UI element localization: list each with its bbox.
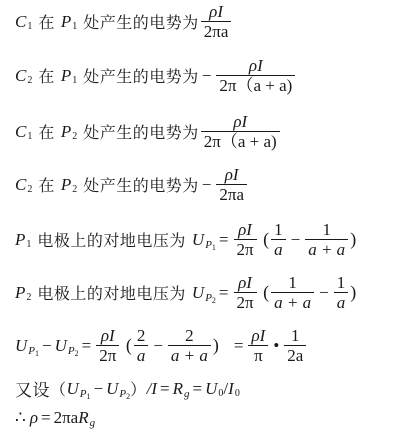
formula-assumption: 又设 （ UP1 − UP2 ） /I = Rg = U0 / I0 [15,376,240,401]
formula-line-c1-p1: C1 在 P1 处产生的电势为 ρI 2πa [15,2,233,41]
fraction: ρI 2π（a + a) [216,56,295,95]
formula-line-c2-p2: C2 在 P2 处产生的电势为 − ρI 2πa [15,165,249,204]
label-ground-voltage: 电极上的对地电压为 [37,281,186,304]
label-potential: 处产生的电势为 [83,64,199,87]
fraction-2: 1a + a [305,220,348,259]
electrode-symbol: P [15,230,25,250]
voltage-subscript: P1 [205,239,216,251]
formula-line-c2-p1: C2 在 P1 处产生的电势为 − ρI 2π（a + a) [15,56,297,95]
point-subscript: 2 [72,184,77,195]
numerator: ρI [230,112,250,131]
point-symbol: P [61,175,71,195]
fraction-2: 1a [334,273,349,312]
point-subscript: 1 [72,21,77,32]
voltage-subscript: P2 [205,292,216,304]
electrode-subscript: 1 [26,239,31,250]
label-ground-voltage: 电极上的对地电压为 [37,228,186,251]
denominator: 2πa [216,185,247,204]
label-at: 在 [38,173,55,196]
therefore-symbol: ∴ [15,408,26,428]
formula-voltage-difference: UP1 − UP2 = ρI2π ( 2a − 2a + a ) = ρIπ •… [15,326,308,365]
fraction: ρI 2π（a + a) [201,112,280,151]
formula-voltage-p1: P1 电极上的对地电压为 UP1 = ρI2π ( 1a − 1a + a ) [15,220,356,259]
subject-symbol: C [15,12,26,32]
point-subscript: 1 [72,75,77,86]
point-subscript: 2 [72,131,77,142]
coefficient-fraction: ρI2π [234,220,257,259]
fraction: ρI 2πa [201,2,232,41]
point-symbol: P [61,66,71,86]
label-potential: 处产生的电势为 [83,120,199,143]
electrode-subscript: 2 [26,292,31,303]
result-fraction-2: 12a [284,326,306,365]
subject-symbol: C [15,66,26,86]
subject-subscript: 1 [27,21,32,32]
numerator: ρI [246,56,266,75]
minus-sign: − [202,66,212,86]
formula-line-c1-p2: C1 在 P2 处产生的电势为 ρI 2π（a + a) [15,112,282,151]
subject-subscript: 2 [27,184,32,195]
formula-conclusion: ∴ ρ = 2πaRg [15,408,95,428]
formula-voltage-p2: P2 电极上的对地电压为 UP2 = ρI2π ( 1a + a − 1a ) [15,273,356,312]
point-symbol: P [61,12,71,32]
fraction-1: 2a [134,326,149,365]
numerator: ρI [206,2,226,21]
minus-sign: − [202,175,212,195]
coefficient-fraction: ρI2π [96,326,119,365]
label-potential: 处产生的电势为 [83,10,199,33]
label-potential: 处产生的电势为 [83,173,199,196]
numerator: ρI [222,165,242,184]
dot-operator: • [273,336,279,356]
fraction-1: 1a [271,220,286,259]
denominator: 2π（a + a) [201,132,280,151]
label-at: 在 [38,10,55,33]
voltage-symbol: U [192,283,204,303]
result-fraction: ρIπ [248,326,268,365]
electrode-symbol: P [15,283,25,303]
fraction-1: 1a + a [271,273,314,312]
subject-subscript: 2 [27,75,32,86]
label-at: 在 [38,120,55,143]
label-assume: 又设 [15,376,50,401]
denominator: 2π（a + a) [216,76,295,95]
coefficient-fraction: ρI2π [234,273,257,312]
fraction: ρI 2πa [216,165,247,204]
subject-symbol: C [15,175,26,195]
subject-subscript: 1 [27,131,32,142]
point-symbol: P [61,122,71,142]
denominator: 2πa [201,22,232,41]
subject-symbol: C [15,122,26,142]
fraction-2: 2a + a [168,326,211,365]
voltage-symbol: U [192,230,204,250]
label-at: 在 [38,64,55,87]
